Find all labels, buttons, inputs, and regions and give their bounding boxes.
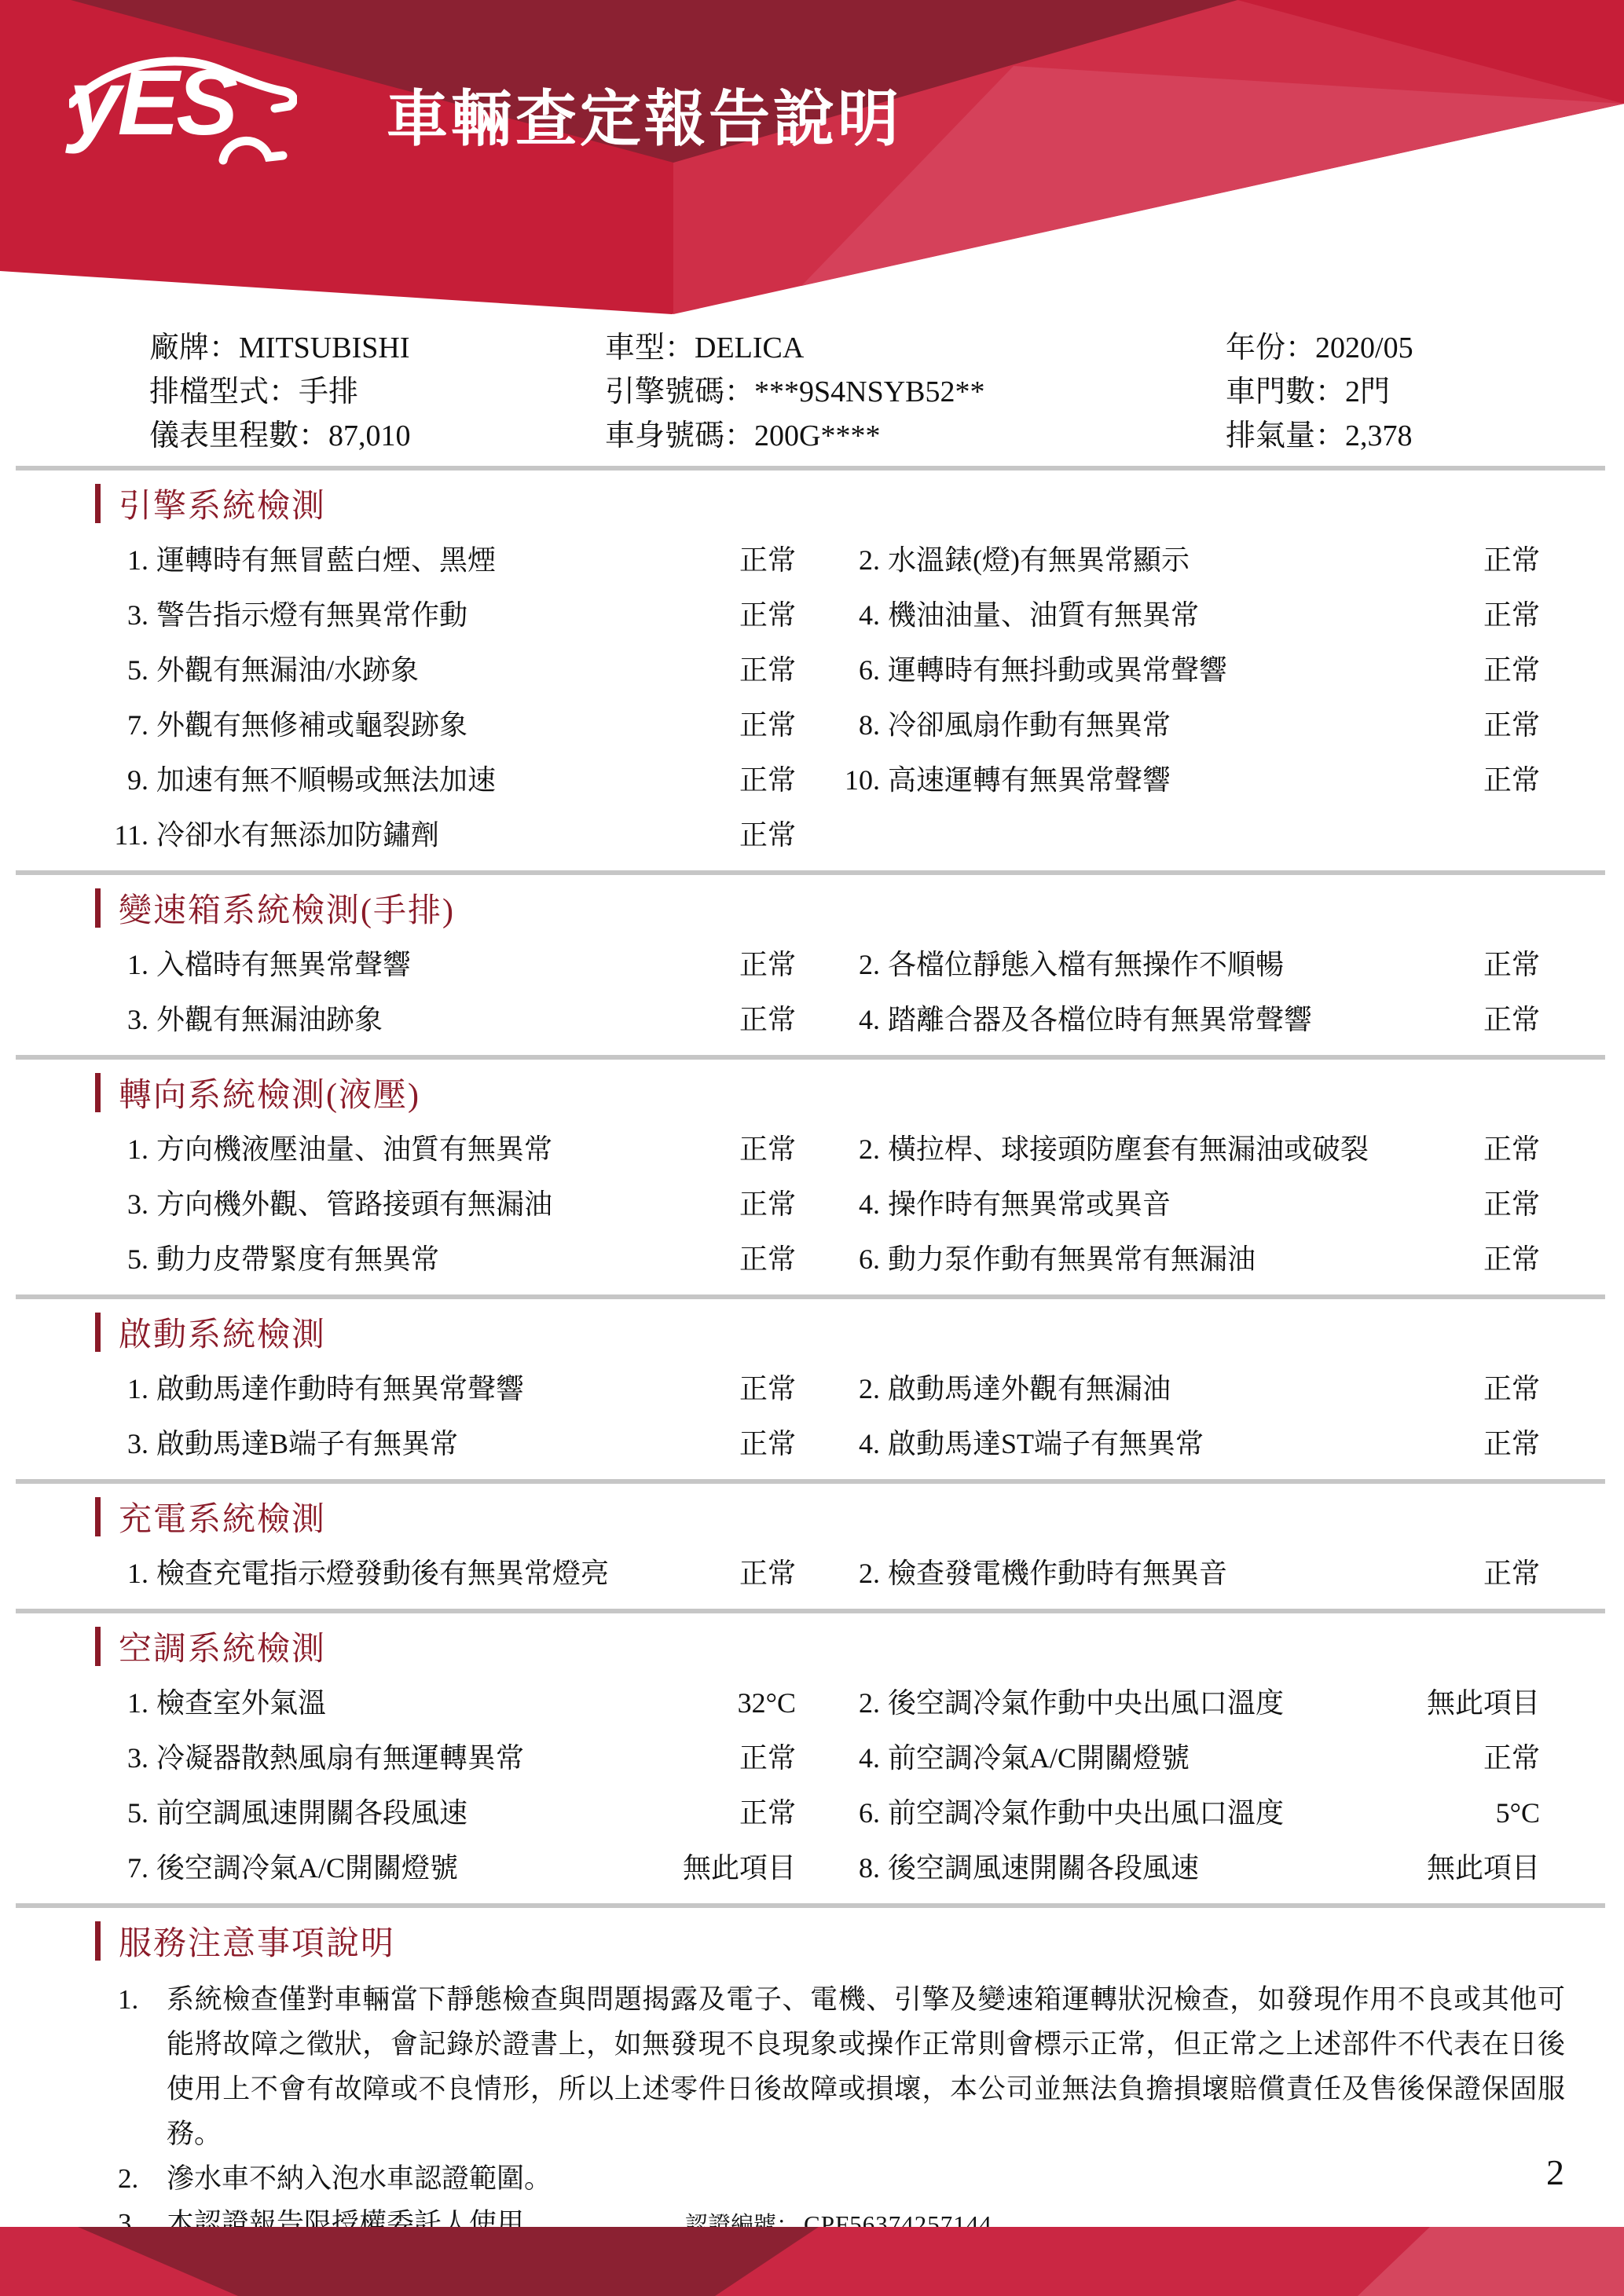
separator <box>16 1479 1605 1484</box>
item-label: 檢查充電指示燈發動後有無異常燈亮 <box>156 1546 739 1601</box>
item-number: 4. <box>834 1730 880 1785</box>
inspection-item: 2.檢查發電機作動時有無異音正常 <box>860 1546 1540 1601</box>
item-number: 6. <box>834 1785 880 1840</box>
field-value: 手排 <box>299 375 358 408</box>
item-number: 11. <box>102 807 148 862</box>
inspection-section: 充電系統檢測 1.檢查充電指示燈發動後有無異常燈亮正常2.檢查發電機作動時有無異… <box>0 1496 1624 1613</box>
item-number: 3. <box>102 1416 148 1471</box>
section-heading: 充電系統檢測 <box>95 1496 1624 1537</box>
inspection-items: 1.檢查室外氣溫32°C2.後空調冷氣作動中央出風口溫度無此項目3.冷凝器散熱風… <box>0 1675 1624 1895</box>
item-label: 冷卻水有無添加防鏽劑 <box>156 807 739 862</box>
inspection-item: 7.後空調冷氣A/C開關燈號無此項目 <box>102 1840 796 1895</box>
separator <box>16 870 1605 875</box>
item-number: 2. <box>834 533 880 588</box>
inspection-item: 8.冷卻風扇作動有無異常正常 <box>860 698 1540 753</box>
item-label: 冷凝器散熱風扇有無運轉異常 <box>156 1730 739 1785</box>
item-label: 方向機外觀、管路接頭有無漏油 <box>156 1177 739 1232</box>
field-label: 車型： <box>605 331 695 364</box>
vehicle-info-field: 排氣量：2,378 <box>1226 416 1624 456</box>
separator <box>16 1294 1605 1299</box>
inspection-items: 1.啟動馬達作動時有無異常聲響正常2.啟動馬達外觀有無漏油正常3.啟動馬達B端子… <box>0 1361 1624 1471</box>
inspection-item: 5.前空調風速開關各段風速正常 <box>102 1785 796 1840</box>
item-number: 5. <box>102 1232 148 1287</box>
inspection-item: 4.前空調冷氣A/C開關燈號正常 <box>860 1730 1540 1785</box>
inspection-item: 1.啟動馬達作動時有無異常聲響正常 <box>102 1361 796 1416</box>
heading-bar <box>95 1497 101 1536</box>
section-title: 服務注意事項說明 <box>119 1917 395 1965</box>
item-result: 正常 <box>739 1785 796 1840</box>
note-item: 1.系統檢查僅對車輛當下靜態檢查與問題揭露及電子、電機、引擎及變速箱運轉狀況檢查… <box>0 1977 1624 2156</box>
heading-bar <box>95 888 101 928</box>
item-label: 後空調風速開關各段風速 <box>888 1840 1427 1895</box>
separator <box>16 1055 1605 1060</box>
item-result: 正常 <box>739 753 796 807</box>
page-title: 車輛查定報告說明 <box>387 75 902 162</box>
item-number: 8. <box>834 698 880 753</box>
inspection-item: 3.冷凝器散熱風扇有無運轉異常正常 <box>102 1730 796 1785</box>
item-label: 前空調風速開關各段風速 <box>156 1785 739 1840</box>
item-number: 1. <box>102 1361 148 1416</box>
item-result: 正常 <box>1483 533 1540 588</box>
field-value: 2,378 <box>1345 419 1413 452</box>
inspection-item: 3.啟動馬達B端子有無異常正常 <box>102 1416 796 1471</box>
field-label: 廠牌： <box>149 331 239 364</box>
item-label: 外觀有無漏油跡象 <box>156 992 739 1047</box>
item-number: 1. <box>102 1122 148 1177</box>
item-number: 2. <box>834 1546 880 1601</box>
inspection-item: 7.外觀有無修補或龜裂跡象正常 <box>102 698 796 753</box>
item-label: 動力皮帶緊度有無異常 <box>156 1232 739 1287</box>
field-value: 87,010 <box>328 419 411 452</box>
item-label: 檢查室外氣溫 <box>156 1675 738 1730</box>
inspection-item: 1.檢查充電指示燈發動後有無異常燈亮正常 <box>102 1546 796 1601</box>
item-result: 正常 <box>1483 992 1540 1047</box>
item-result: 正常 <box>1483 1546 1540 1601</box>
section-heading: 變速箱系統檢測(手排) <box>95 888 1624 928</box>
inspection-item: 3.外觀有無漏油跡象正常 <box>102 992 796 1047</box>
item-label: 後空調冷氣作動中央出風口溫度 <box>888 1675 1427 1730</box>
separator <box>16 1903 1605 1908</box>
field-value: ***9S4NSYB52** <box>754 375 985 408</box>
inspection-item: 5.外觀有無漏油/水跡象正常 <box>102 643 796 698</box>
item-result: 正常 <box>739 1122 796 1177</box>
item-label: 水溫錶(燈)有無異常顯示 <box>888 533 1483 588</box>
note-text: 滲水車不納入泡水車認證範圍。 <box>167 2156 552 2201</box>
item-number: 1. <box>102 1675 148 1730</box>
inspection-item: 9.加速有無不順暢或無法加速正常 <box>102 753 796 807</box>
note-number: 1. <box>118 1977 167 2022</box>
page-header: yES 車輛查定報告說明 <box>0 0 1624 346</box>
item-label: 動力泵作動有無異常有無漏油 <box>888 1232 1483 1287</box>
inspection-item: 4.機油油量、油質有無異常正常 <box>860 588 1540 643</box>
item-label: 外觀有無漏油/水跡象 <box>156 643 739 698</box>
field-label: 引擎號碼： <box>605 375 754 408</box>
vehicle-info-field: 年份：2020/05 <box>1226 328 1624 368</box>
item-result: 正常 <box>739 1232 796 1287</box>
item-number: 3. <box>102 992 148 1047</box>
item-number: 4. <box>834 1177 880 1232</box>
footer-graphic <box>0 2227 1624 2296</box>
section-title: 空調系統檢測 <box>119 1623 326 1670</box>
item-result: 正常 <box>739 643 796 698</box>
inspection-section: 變速箱系統檢測(手排) 1.入檔時有無異常聲響正常2.各檔位靜態入檔有無操作不順… <box>0 888 1624 1060</box>
item-label: 方向機液壓油量、油質有無異常 <box>156 1122 739 1177</box>
notes-list: 1.系統檢查僅對車輛當下靜態檢查與問題揭露及電子、電機、引擎及變速箱運轉狀況檢查… <box>0 1977 1624 2248</box>
item-result: 正常 <box>739 1177 796 1232</box>
item-result: 正常 <box>1483 1177 1540 1232</box>
item-number: 2. <box>834 1122 880 1177</box>
item-result: 無此項目 <box>1427 1675 1540 1730</box>
item-number: 4. <box>834 1416 880 1471</box>
item-label: 啟動馬達作動時有無異常聲響 <box>156 1361 739 1416</box>
vehicle-info-field: 儀表里程數：87,010 <box>149 416 605 456</box>
inspection-item: 3.警告指示燈有無異常作動正常 <box>102 588 796 643</box>
inspection-item: 11.冷卻水有無添加防鏽劑正常 <box>102 807 796 862</box>
item-label: 警告指示燈有無異常作動 <box>156 588 739 643</box>
item-result: 正常 <box>1483 1232 1540 1287</box>
field-value: 200G**** <box>754 419 880 452</box>
item-number: 1. <box>102 937 148 992</box>
inspection-item: 4.踏離合器及各檔位時有無異常聲響正常 <box>860 992 1540 1047</box>
field-value: 2門 <box>1345 375 1390 408</box>
item-number: 10. <box>834 753 880 807</box>
item-number: 1. <box>102 1546 148 1601</box>
inspection-items: 1.檢查充電指示燈發動後有無異常燈亮正常2.檢查發電機作動時有無異音正常 <box>0 1546 1624 1601</box>
item-label: 前空調冷氣A/C開關燈號 <box>888 1730 1483 1785</box>
inspection-item: 8.後空調風速開關各段風速無此項目 <box>860 1840 1540 1895</box>
item-label: 外觀有無修補或龜裂跡象 <box>156 698 739 753</box>
separator <box>16 1609 1605 1613</box>
inspection-item: 6.運轉時有無抖動或異常聲響正常 <box>860 643 1540 698</box>
item-result: 正常 <box>739 992 796 1047</box>
item-number: 1. <box>102 533 148 588</box>
field-value: 2020/05 <box>1315 331 1413 364</box>
field-label: 車身號碼： <box>605 419 754 452</box>
section-heading: 轉向系統檢測(液壓) <box>95 1072 1624 1113</box>
item-result: 正常 <box>739 807 796 862</box>
item-number: 2. <box>834 937 880 992</box>
heading-bar <box>95 1073 101 1112</box>
item-number: 3. <box>102 1177 148 1232</box>
vehicle-info-field: 引擎號碼：***9S4NSYB52** <box>605 372 1226 412</box>
inspection-item: 4.操作時有無異常或異音正常 <box>860 1177 1540 1232</box>
item-number: 8. <box>834 1840 880 1895</box>
item-result: 正常 <box>739 1416 796 1471</box>
item-number: 7. <box>102 1840 148 1895</box>
field-label: 車門數： <box>1226 375 1345 408</box>
field-label: 儀表里程數： <box>149 419 328 452</box>
item-number: 2. <box>834 1675 880 1730</box>
inspection-item: 2.後空調冷氣作動中央出風口溫度無此項目 <box>860 1675 1540 1730</box>
inspection-item: 2.橫拉桿、球接頭防塵套有無漏油或破裂正常 <box>860 1122 1540 1177</box>
vehicle-info: 廠牌：MITSUBISHI車型：DELICA年份：2020/05排檔型式：手排引… <box>0 328 1624 456</box>
inspection-items: 1.入檔時有無異常聲響正常2.各檔位靜態入檔有無操作不順暢正常3.外觀有無漏油跡… <box>0 937 1624 1047</box>
item-result: 正常 <box>739 698 796 753</box>
item-result: 正常 <box>1483 1122 1540 1177</box>
item-label: 高速運轉有無異常聲響 <box>888 753 1483 807</box>
item-result: 正常 <box>1483 588 1540 643</box>
section-title: 啟動系統檢測 <box>119 1309 326 1356</box>
sections: 引擎系統檢測 1.運轉時有無冒藍白煙、黑煙正常2.水溫錶(燈)有無異常顯示正常3… <box>0 483 1624 1908</box>
item-number: 5. <box>102 1785 148 1840</box>
item-number: 5. <box>102 643 148 698</box>
section-heading: 服務注意事項說明 <box>95 1921 1624 1961</box>
inspection-item: 2.水溫錶(燈)有無異常顯示正常 <box>860 533 1540 588</box>
item-label: 操作時有無異常或異音 <box>888 1177 1483 1232</box>
item-label: 運轉時有無冒藍白煙、黑煙 <box>156 533 739 588</box>
section-title: 充電系統檢測 <box>119 1493 326 1540</box>
item-result: 正常 <box>1483 1416 1540 1471</box>
vehicle-info-field: 車門數：2門 <box>1226 372 1624 412</box>
item-label: 入檔時有無異常聲響 <box>156 937 739 992</box>
car-silhouette-icon <box>69 49 297 174</box>
item-number: 4. <box>834 992 880 1047</box>
item-number: 7. <box>102 698 148 753</box>
item-label: 橫拉桿、球接頭防塵套有無漏油或破裂 <box>888 1122 1483 1177</box>
item-result: 正常 <box>739 1730 796 1785</box>
inspection-items: 1.方向機液壓油量、油質有無異常正常2.橫拉桿、球接頭防塵套有無漏油或破裂正常3… <box>0 1122 1624 1287</box>
section-heading: 啟動系統檢測 <box>95 1312 1624 1353</box>
item-result: 正常 <box>739 533 796 588</box>
inspection-section: 空調系統檢測 1.檢查室外氣溫32°C2.後空調冷氣作動中央出風口溫度無此項目3… <box>0 1626 1624 1908</box>
inspection-item: 5.動力皮帶緊度有無異常正常 <box>102 1232 796 1287</box>
heading-bar <box>95 1627 101 1666</box>
item-result: 正常 <box>1483 937 1540 992</box>
item-label: 踏離合器及各檔位時有無異常聲響 <box>888 992 1483 1047</box>
section-heading: 引擎系統檢測 <box>95 483 1624 524</box>
item-label: 冷卻風扇作動有無異常 <box>888 698 1483 753</box>
item-number: 3. <box>102 588 148 643</box>
yes-logo: yES <box>69 49 407 167</box>
item-result: 正常 <box>1483 1730 1540 1785</box>
vehicle-info-field: 車型：DELICA <box>605 328 1226 368</box>
item-number: 3. <box>102 1730 148 1785</box>
inspection-item: 6.前空調冷氣作動中央出風口溫度5°C <box>860 1785 1540 1840</box>
item-number: 6. <box>834 1232 880 1287</box>
item-number: 9. <box>102 753 148 807</box>
service-notes-section: 服務注意事項說明 1.系統檢查僅對車輛當下靜態檢查與問題揭露及電子、電機、引擎及… <box>0 1921 1624 2248</box>
inspection-item: 1.運轉時有無冒藍白煙、黑煙正常 <box>102 533 796 588</box>
vehicle-info-field: 車身號碼：200G**** <box>605 416 1226 456</box>
item-label: 運轉時有無抖動或異常聲響 <box>888 643 1483 698</box>
field-label: 排氣量： <box>1226 419 1345 452</box>
item-result: 5°C <box>1496 1785 1540 1840</box>
section-title: 轉向系統檢測(液壓) <box>119 1069 420 1116</box>
item-result: 正常 <box>1483 643 1540 698</box>
inspection-item: 1.方向機液壓油量、油質有無異常正常 <box>102 1122 796 1177</box>
inspection-item: 1.檢查室外氣溫32°C <box>102 1675 796 1730</box>
heading-bar <box>95 484 101 523</box>
section-heading: 空調系統檢測 <box>95 1626 1624 1667</box>
item-label: 檢查發電機作動時有無異音 <box>888 1546 1483 1601</box>
item-result: 32°C <box>738 1675 796 1730</box>
item-result: 正常 <box>739 1361 796 1416</box>
inspection-section: 轉向系統檢測(液壓) 1.方向機液壓油量、油質有無異常正常2.橫拉桿、球接頭防塵… <box>0 1072 1624 1299</box>
item-result: 無此項目 <box>1427 1840 1540 1895</box>
field-label: 排檔型式： <box>149 375 299 408</box>
separator <box>16 466 1605 471</box>
item-result: 正常 <box>1483 698 1540 753</box>
inspection-item: 10.高速運轉有無異常聲響正常 <box>860 753 1540 807</box>
inspection-item: 6.動力泵作動有無異常有無漏油正常 <box>860 1232 1540 1287</box>
field-value: DELICA <box>695 331 804 364</box>
item-label: 前空調冷氣作動中央出風口溫度 <box>888 1785 1496 1840</box>
inspection-item: 4.啟動馬達ST端子有無異常正常 <box>860 1416 1540 1471</box>
vehicle-info-field: 排檔型式：手排 <box>149 372 605 412</box>
item-label: 後空調冷氣A/C開關燈號 <box>156 1840 683 1895</box>
note-number: 2. <box>118 2156 167 2201</box>
item-label: 啟動馬達ST端子有無異常 <box>888 1416 1483 1471</box>
vehicle-info-field: 廠牌：MITSUBISHI <box>149 328 605 368</box>
item-result: 正常 <box>739 937 796 992</box>
inspection-items: 1.運轉時有無冒藍白煙、黑煙正常2.水溫錶(燈)有無異常顯示正常3.警告指示燈有… <box>0 533 1624 862</box>
field-value: MITSUBISHI <box>239 331 409 364</box>
page-footer <box>0 2227 1624 2296</box>
note-text: 系統檢查僅對車輛當下靜態檢查與問題揭露及電子、電機、引擎及變速箱運轉狀況檢查，如… <box>167 1977 1565 2156</box>
inspection-item: 2.各檔位靜態入檔有無操作不順暢正常 <box>860 937 1540 992</box>
item-label: 加速有無不順暢或無法加速 <box>156 753 739 807</box>
item-label: 啟動馬達B端子有無異常 <box>156 1416 739 1471</box>
item-result: 正常 <box>739 1546 796 1601</box>
inspection-section: 啟動系統檢測 1.啟動馬達作動時有無異常聲響正常2.啟動馬達外觀有無漏油正常3.… <box>0 1312 1624 1484</box>
inspection-item: 2.啟動馬達外觀有無漏油正常 <box>860 1361 1540 1416</box>
inspection-item: 3.方向機外觀、管路接頭有無漏油正常 <box>102 1177 796 1232</box>
section-title: 變速箱系統檢測(手排) <box>119 884 455 932</box>
field-label: 年份： <box>1226 331 1315 364</box>
item-result: 正常 <box>739 588 796 643</box>
inspection-section: 引擎系統檢測 1.運轉時有無冒藍白煙、黑煙正常2.水溫錶(燈)有無異常顯示正常3… <box>0 483 1624 875</box>
item-number: 6. <box>834 643 880 698</box>
item-result: 正常 <box>1483 753 1540 807</box>
page-number: 2 <box>1546 2151 1564 2195</box>
item-number: 4. <box>834 588 880 643</box>
report-body: 廠牌：MITSUBISHI車型：DELICA年份：2020/05排檔型式：手排引… <box>0 317 1624 2248</box>
item-label: 各檔位靜態入檔有無操作不順暢 <box>888 937 1483 992</box>
item-label: 啟動馬達外觀有無漏油 <box>888 1361 1483 1416</box>
section-title: 引擎系統檢測 <box>119 480 326 527</box>
item-label: 機油油量、油質有無異常 <box>888 588 1483 643</box>
item-number: 2. <box>834 1361 880 1416</box>
heading-bar <box>95 1313 101 1352</box>
item-result: 正常 <box>1483 1361 1540 1416</box>
inspection-item: 1.入檔時有無異常聲響正常 <box>102 937 796 992</box>
item-result: 無此項目 <box>683 1840 796 1895</box>
heading-bar <box>95 1921 101 1961</box>
note-item: 2.滲水車不納入泡水車認證範圍。 <box>0 2156 1624 2201</box>
